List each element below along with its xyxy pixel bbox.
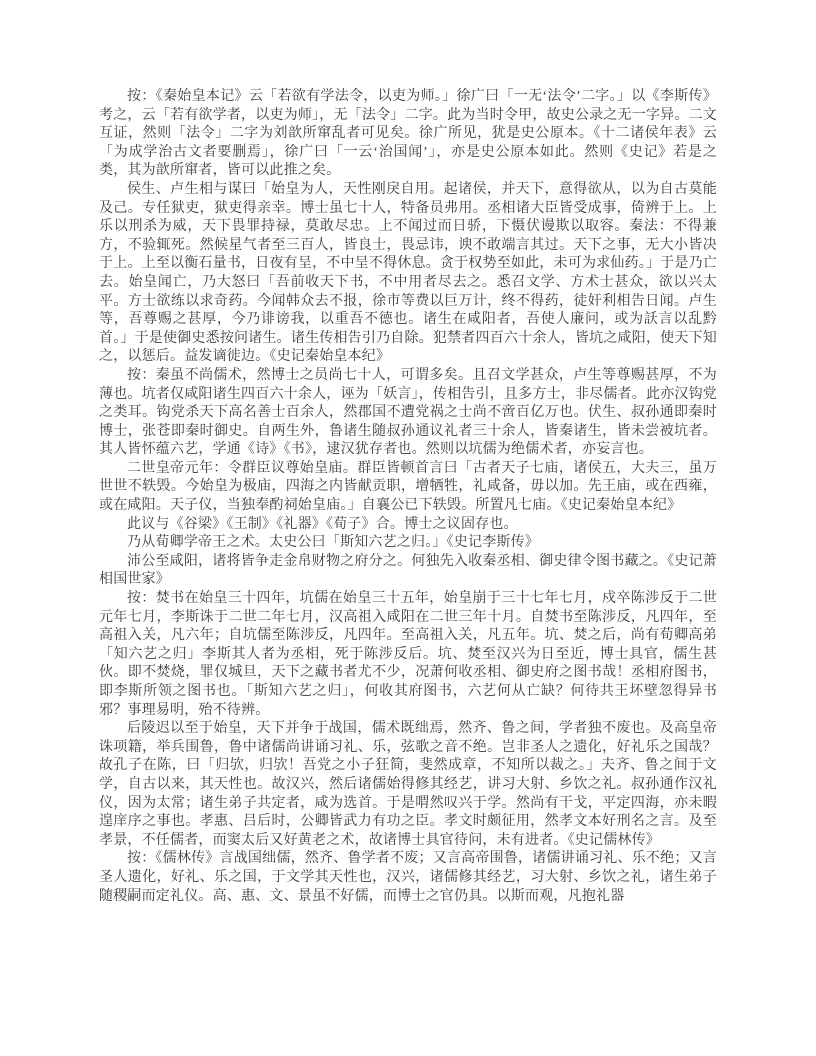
paragraph-quote-houshenglusheng: 侯生、卢生相与谋曰「始皇为人，天性刚戾自用。起诸侯，并天下，意得欲从，以为自古莫… <box>99 181 717 367</box>
paragraph-annotation-2: 按：秦虽不尚儒术，然博士之员尚七十人，可谓多矣。且召文学甚众，卢生等尊赐甚厚，不… <box>99 367 717 460</box>
paragraph-quote-xiaoxiangguo: 沛公至咸阳，诸将皆争走金帛财物之府分之。何独先入收秦丞相、御史律令图书藏之。《史… <box>99 553 717 590</box>
document-text-block: 按：《秦始皇本记》云「若欲有学法令，以吏为师。」徐广曰「一无‘法令’二字。」以《… <box>99 88 717 906</box>
paragraph-annotation-3: 按：焚书在始皇三十四年，坑儒在始皇三十五年，始皇崩于三十七年七月，戍卒陈涉反于二… <box>99 590 717 720</box>
paragraph-quote-lisizhuan: 乃从荀卿学帝王之术。太史公曰「斯知六艺之归。」《史记李斯传》 <box>99 534 717 553</box>
paragraph-annotation-1: 按：《秦始皇本记》云「若欲有学法令，以吏为师。」徐广曰「一无‘法令’二字。」以《… <box>99 88 717 181</box>
paragraph-comment-boshi: 此议与《谷梁》《王制》《礼器》《荀子》合。博士之议固存也。 <box>99 516 717 535</box>
paragraph-quote-rulinzhuan: 后陵迟以至于始皇，天下并争于战国，儒术既绌焉，然齐、鲁之间，学者独不废也。及高皇… <box>99 720 717 850</box>
document-page: 按：《秦始皇本记》云「若欲有学法令，以吏为师。」徐广曰「一无‘法令’二字。」以《… <box>0 0 816 1056</box>
paragraph-quote-ershi-miao: 二世皇帝元年：令群臣议尊始皇庙。群臣皆顿首言曰「古者天子七庙，诸侯五，大夫三，虽… <box>99 460 717 516</box>
paragraph-annotation-4: 按：《儒林传》言战国绌儒，然齐、鲁学者不废；又言高帝围鲁，诸儒讲诵习礼、乐不绝；… <box>99 850 717 906</box>
